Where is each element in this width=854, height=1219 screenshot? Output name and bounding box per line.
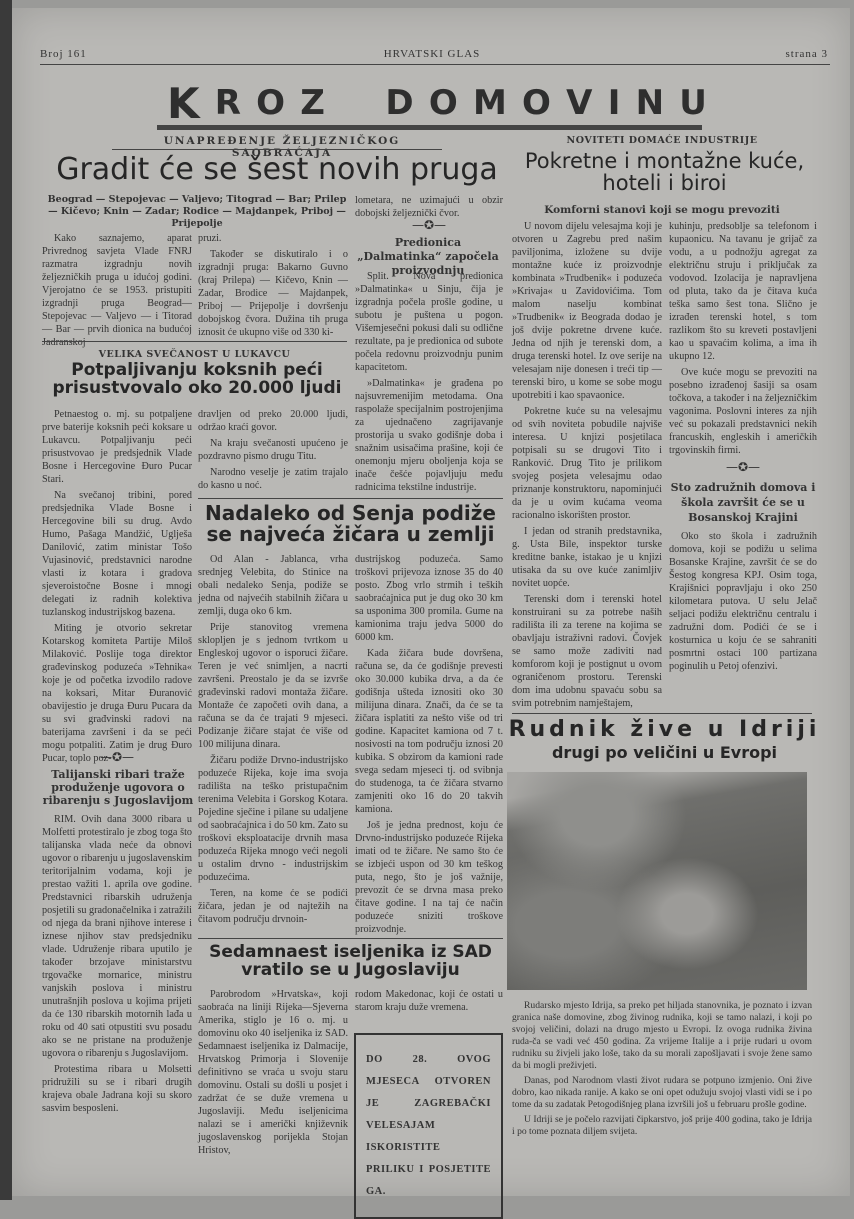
masthead-letter: Z bbox=[300, 83, 325, 123]
section-rule bbox=[512, 713, 812, 714]
paragraph: Narodno veselje je zatim trajalo do kasn… bbox=[198, 466, 348, 492]
book-spine bbox=[0, 0, 12, 1200]
idrija-town-photo bbox=[507, 772, 807, 990]
newspaper-page: Broj 161 HRVATSKI GLAS strana 3 K R O Z … bbox=[12, 8, 850, 1196]
paragraph: Protestima ribara u Molsetti pridružili … bbox=[42, 1063, 192, 1115]
paragraph: pruzi. bbox=[198, 232, 348, 245]
newspaper-title: HRVATSKI GLAS bbox=[342, 48, 522, 60]
kicker-lukavac: VELIKA SVEČANOST U LUKAVCU bbox=[42, 349, 347, 360]
paragraph: Još je jedna prednost, koju će Drvno-ind… bbox=[355, 819, 503, 936]
paragraph: dustrijskog poduzeća. Samo troškovi prij… bbox=[355, 553, 503, 644]
paragraph: »Dalmatinka« je građena po najsuvremenij… bbox=[355, 377, 503, 494]
cooperatives-body: Oko sto škola i zadružnih domova, koji s… bbox=[669, 530, 817, 676]
masthead-letter: O bbox=[429, 83, 458, 123]
paragraph: I jedan od stranih predstavnika, g. Usta… bbox=[512, 525, 662, 590]
masthead-letter: D bbox=[385, 83, 413, 123]
paragraph: Miting je otvorio sekretar Kotarskog kom… bbox=[42, 622, 192, 765]
subhead-houses: Komforni stanovi koji se mogu prevoziti bbox=[512, 204, 812, 216]
subhead-idrija: drugi po veličini u Evropi bbox=[507, 745, 822, 762]
masthead-letter: R bbox=[215, 83, 241, 123]
fair-announcement-box: DO 28. OVOG MJESECA OTVOREN JE ZAGREBAČK… bbox=[354, 1033, 503, 1200]
masthead-rule bbox=[157, 125, 702, 130]
paragraph: dravljen od preko 20.000 ljudi, održao k… bbox=[198, 408, 348, 434]
paragraph: Danas, pod Narodnom vlasti život rudara … bbox=[512, 1075, 812, 1111]
lukavac-col-1: Petnaestog o. mj. su potpaljene prve bat… bbox=[42, 408, 192, 768]
section-rule bbox=[198, 938, 503, 939]
emigrants-col-2: rodom Makedonac, koji će ostati u starom… bbox=[355, 988, 503, 1017]
paragraph: RIM. Ovih dana 3000 ribara u Molfetti pr… bbox=[42, 813, 192, 1060]
page-number: strana 3 bbox=[785, 48, 828, 60]
masthead-letter: O bbox=[256, 83, 285, 123]
section-rule bbox=[42, 341, 347, 342]
paragraph: lometara, ne uzimajući u obzir dobojski … bbox=[355, 194, 503, 220]
fishermen-body: RIM. Ovih dana 3000 ribara u Molfetti pr… bbox=[42, 813, 192, 1118]
paragraph: Žičaru podiže Drvno-industrijsko poduzeć… bbox=[198, 754, 348, 884]
paragraph: Na svečanoj tribini, pored predsjednika … bbox=[42, 489, 192, 619]
separator-ornament: —✪— bbox=[669, 460, 817, 474]
masthead-letter: M bbox=[473, 83, 507, 123]
paragraph: Split. Nova predionica »Dalmatinka« u Si… bbox=[355, 270, 503, 374]
senj-col-1: Od Alan - Jablanca, vrha srednjeg Velebi… bbox=[198, 553, 348, 929]
paragraph: Parobrodom »Hrvatska«, koji saobraća na … bbox=[198, 988, 348, 1157]
headline-railway: Gradit će se šest novih pruga bbox=[47, 154, 507, 186]
paragraph: Od Alan - Jablanca, vrha srednjeg Velebi… bbox=[198, 553, 348, 618]
railway-col-1: Kako saznajemo, aparat Privrednog savjet… bbox=[42, 232, 192, 352]
paragraph: U novom dijelu velesajma koji je otvoren… bbox=[512, 220, 662, 402]
paragraph: Pokretne kuće su na velesajmu od svih no… bbox=[512, 405, 662, 522]
houses-col-1: U novom dijelu velesajma koji je otvoren… bbox=[512, 220, 662, 713]
dalmatinka-body: Split. Nova predionica »Dalmatinka« u Si… bbox=[355, 270, 503, 497]
masthead-letter: I bbox=[608, 83, 621, 123]
railway-col-2: pruzi. Također se diskutiralo i o izgrad… bbox=[198, 232, 348, 342]
paragraph: Teren, na kome će se podići žičara, jeda… bbox=[198, 887, 348, 926]
headline-lukavac: Potpaljivanju koksnih peći prisustvovalo… bbox=[42, 362, 352, 398]
paragraph: Na kraju svečanosti upućeno je pozdravno… bbox=[198, 437, 348, 463]
headline-senj: Nadaleko od Senja podiže se najveća žiča… bbox=[198, 503, 503, 545]
masthead-letter: V bbox=[566, 83, 592, 123]
paragraph: kuhinju, predsoblje sa telefonom i kupao… bbox=[669, 220, 817, 363]
issue-number: Broj 161 bbox=[40, 48, 87, 60]
masthead-letter: U bbox=[679, 83, 707, 123]
paragraph: Ove kuće mogu se prevoziti na posebno iz… bbox=[669, 366, 817, 457]
paragraph: rodom Makedonac, koji će ostati u starom… bbox=[355, 988, 503, 1014]
lukavac-col-2: dravljen od preko 20.000 ljudi, održao k… bbox=[198, 408, 348, 495]
idrija-body: Rudarsko mjesto Idrija, sa preko pet hil… bbox=[512, 1000, 812, 1141]
subhead-railway: Beograd — Stepojevac — Valjevo; Titograd… bbox=[42, 194, 352, 230]
masthead-letter: O bbox=[522, 83, 551, 123]
section-masthead: K R O Z D O M O V I N U bbox=[167, 83, 707, 123]
headline-cooperatives: Sto zadružnih domova i škola završit će … bbox=[667, 480, 819, 525]
paragraph: Petnaestog o. mj. su potpaljene prve bat… bbox=[42, 408, 192, 486]
masthead-letter: N bbox=[636, 83, 664, 123]
paragraph: Kako saznajemo, aparat Privrednog savjet… bbox=[42, 232, 192, 349]
header-rule bbox=[40, 64, 830, 65]
headline-houses: Pokretne i montažne kuće, hoteli i biroi bbox=[507, 150, 822, 194]
senj-col-2: dustrijskog poduzeća. Samo troškovi prij… bbox=[355, 553, 503, 939]
headline-idrija: Rudnik žive u Idriji bbox=[507, 718, 822, 741]
houses-col-2: kuhinju, predsoblje sa telefonom i kupao… bbox=[669, 220, 817, 460]
section-rule bbox=[198, 498, 503, 499]
paragraph: Prije stanovitog vremena sklopljen je s … bbox=[198, 621, 348, 751]
paragraph: Oko sto škola i zadružnih domova, koji s… bbox=[669, 530, 817, 673]
paragraph: Također se diskutiralo i o izgradnji pru… bbox=[198, 248, 348, 339]
paragraph: Rudarsko mjesto Idrija, sa preko pet hil… bbox=[512, 1000, 812, 1072]
paragraph: Kada žičara bude dovršena, računa se, da… bbox=[355, 647, 503, 816]
paragraph: U Idriji se je počelo razvijati čipkarst… bbox=[512, 1114, 812, 1138]
headline-emigrants: Sedamnaest iseljenika iz SAD vratilo se … bbox=[198, 944, 503, 980]
kicker-rule bbox=[112, 149, 442, 150]
emigrants-col-1: Parobrodom »Hrvatska«, koji saobraća na … bbox=[198, 988, 348, 1160]
kicker-houses: NOVITETI DOMAĆE INDUSTRIJE bbox=[512, 135, 812, 146]
paragraph: Terenski dom i terenski hotel konstruira… bbox=[512, 593, 662, 710]
separator-ornament: —✪— bbox=[355, 218, 503, 232]
separator-ornament: —✪— bbox=[42, 750, 192, 764]
headline-fishermen: Talijanski ribari traže produženje ugovo… bbox=[42, 768, 194, 807]
masthead-letter: K bbox=[167, 79, 200, 128]
